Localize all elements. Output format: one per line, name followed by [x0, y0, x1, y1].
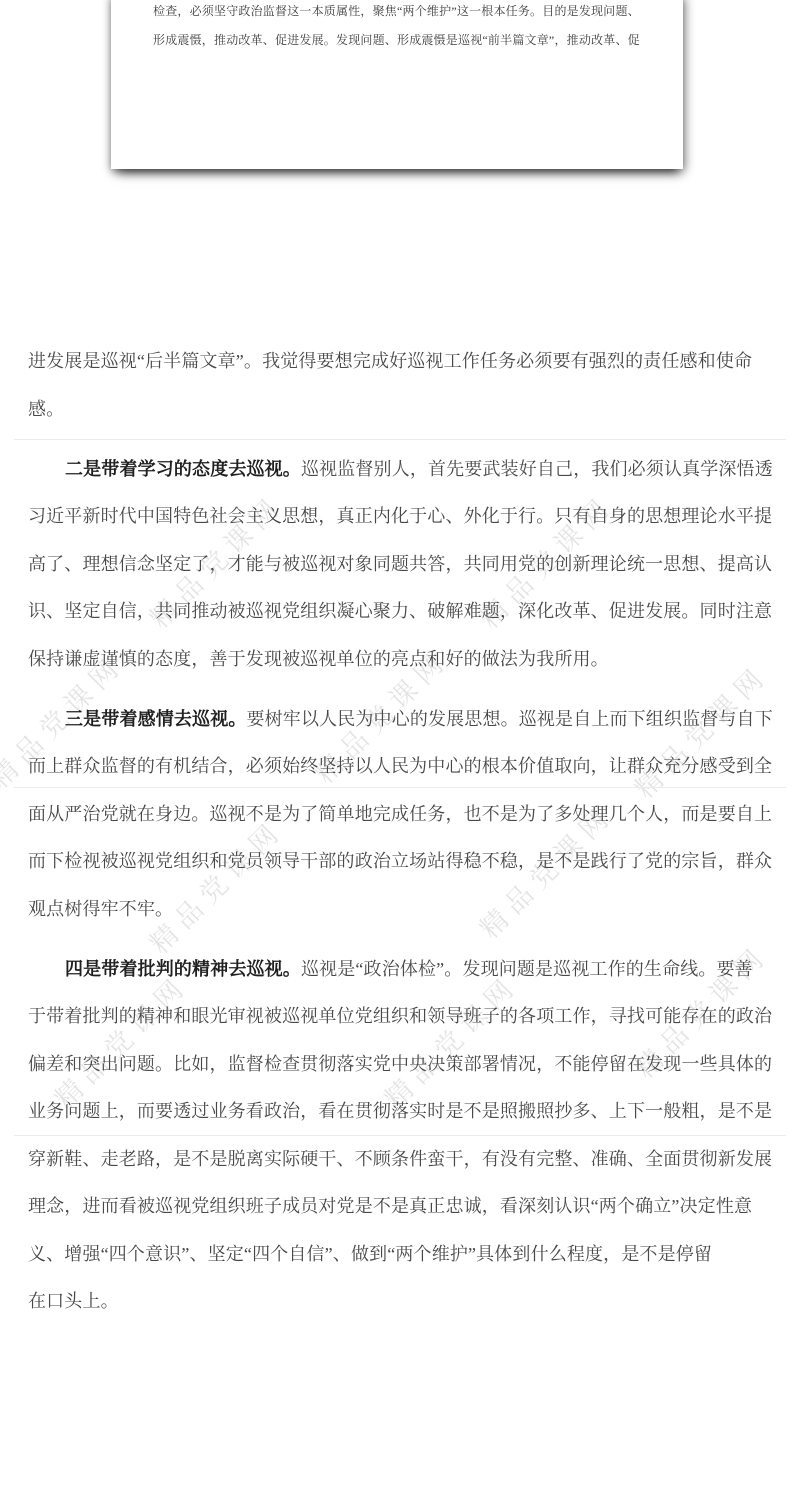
text-line: 观点树得牢不牢。 — [28, 886, 774, 934]
page-text-line: 检查，必须坚守政治监督这一本质属性，聚焦“两个维护”这一根本任务。目的是发现问题… — [153, 0, 647, 26]
text-line: 二是带着学习的态度去巡视。巡视监督别人，首先要武装好自己，我们必须认真学深悟透 — [28, 446, 774, 494]
paragraph-continuation: 进发展是巡视“后半篇文章”。我觉得要想完成好巡视工作任务必须要有强烈的责任感和使… — [28, 338, 774, 433]
text-line: 进发展是巡视“后半篇文章”。我觉得要想完成好巡视工作任务必须要有强烈的责任感和使… — [28, 338, 774, 386]
text-line: 而上群众监督的有机结合，必须始终坚持以人民为中心的根本价值取向，让群众充分感受到… — [28, 743, 774, 791]
paragraph-point-3: 三是带着感情去巡视。要树牢以人民为中心的发展思想。巡视是自上而下组织监督与自下 … — [28, 696, 774, 934]
paragraph-lead: 二是带着学习的态度去巡视。 — [65, 459, 301, 479]
text-line: 在口头上。 — [28, 1278, 774, 1326]
paragraph-lead: 四是带着批判的精神去巡视。 — [65, 959, 301, 979]
text-line: 业务问题上，而要透过业务看政治，看在贯彻落实时是不是照搬照抄多、上下一般粗，是不… — [28, 1088, 774, 1136]
text-line: 理念，进而看被巡视党组织班子成员对党是不是真正忠诚，看深刻认识“两个确立”决定性… — [28, 1183, 774, 1231]
article-text: 进发展是巡视“后半篇文章”。我觉得要想完成好巡视工作任务必须要有强烈的责任感和使… — [28, 338, 774, 1326]
text-line: 偏差和突出问题。比如，监督检查贯彻落实党中央决策部署情况，不能停留在发现一些具体… — [28, 1041, 774, 1089]
paragraph-lead-rest: 巡视是“政治体检”。发现问题是巡视工作的生命线。要善 — [301, 959, 753, 979]
paragraph-lead: 三是带着感情去巡视。 — [65, 709, 247, 729]
text-line: 感。 — [28, 386, 774, 434]
text-line: 高了、理想信念坚定了，才能与被巡视对象同题共答，共同用党的创新理论统一思想、提高… — [28, 541, 774, 589]
text-line: 习近平新时代中国特色社会主义思想，真正内化于心、外化于行。只有自身的思想理论水平… — [28, 493, 774, 541]
text-line: 保持谦虚谨慎的态度，善于发现被巡视单位的亮点和好的做法为我所用。 — [28, 636, 774, 684]
text-line: 四是带着批判的精神去巡视。巡视是“政治体检”。发现问题是巡视工作的生命线。要善 — [28, 946, 774, 994]
text-line: 三是带着感情去巡视。要树牢以人民为中心的发展思想。巡视是自上而下组织监督与自下 — [28, 696, 774, 744]
text-line: 识、坚定自信，共同推动被巡视党组织凝心聚力、破解难题，深化改革、促进发展。同时注… — [28, 588, 774, 636]
paragraph-lead-rest: 要树牢以人民为中心的发展思想。巡视是自上而下组织监督与自下 — [247, 709, 773, 729]
page-text-line: 形成震慑，推动改革、促进发展。发现问题、形成震慑是巡视“前半篇文章”，推动改革、… — [153, 26, 647, 55]
text-line: 于带着批判的精神和眼光审视被巡视单位党组织和领导班子的各项工作，寻找可能存在的政… — [28, 993, 774, 1041]
paragraph-point-4: 四是带着批判的精神去巡视。巡视是“政治体检”。发现问题是巡视工作的生命线。要善 … — [28, 946, 774, 1326]
document-preview-page: 精品党课网 精品党课网 精品党课网 精品党课网 精品党课网 精品党课网 精品党课… — [0, 0, 800, 1487]
text-line: 面从严治党就在身边。巡视不是为了简单地完成任务，也不是为了多处理几个人，而是要自… — [28, 791, 774, 839]
text-line: 而下检视被巡视党组织和党员领导干部的政治立场站得稳不稳，是不是践行了党的宗旨，群… — [28, 838, 774, 886]
text-line: 义、增强“四个意识”、坚定“四个自信”、做到“两个维护”具体到什么程度，是不是停… — [28, 1231, 774, 1279]
paragraph-lead-rest: 巡视监督别人，首先要武装好自己，我们必须认真学深悟透 — [301, 459, 773, 479]
text-line: 穿新鞋、走老路，是不是脱离实际硬干、不顾条件蛮干，有没有完整、准确、全面贯彻新发… — [28, 1136, 774, 1184]
previous-page-sheet: 检查，必须坚守政治监督这一本质属性，聚焦“两个维护”这一根本任务。目的是发现问题… — [111, 0, 683, 169]
paragraph-point-2: 二是带着学习的态度去巡视。巡视监督别人，首先要武装好自己，我们必须认真学深悟透 … — [28, 446, 774, 684]
previous-page-text: 检查，必须坚守政治监督这一本质属性，聚焦“两个维护”这一根本任务。目的是发现问题… — [153, 0, 647, 55]
